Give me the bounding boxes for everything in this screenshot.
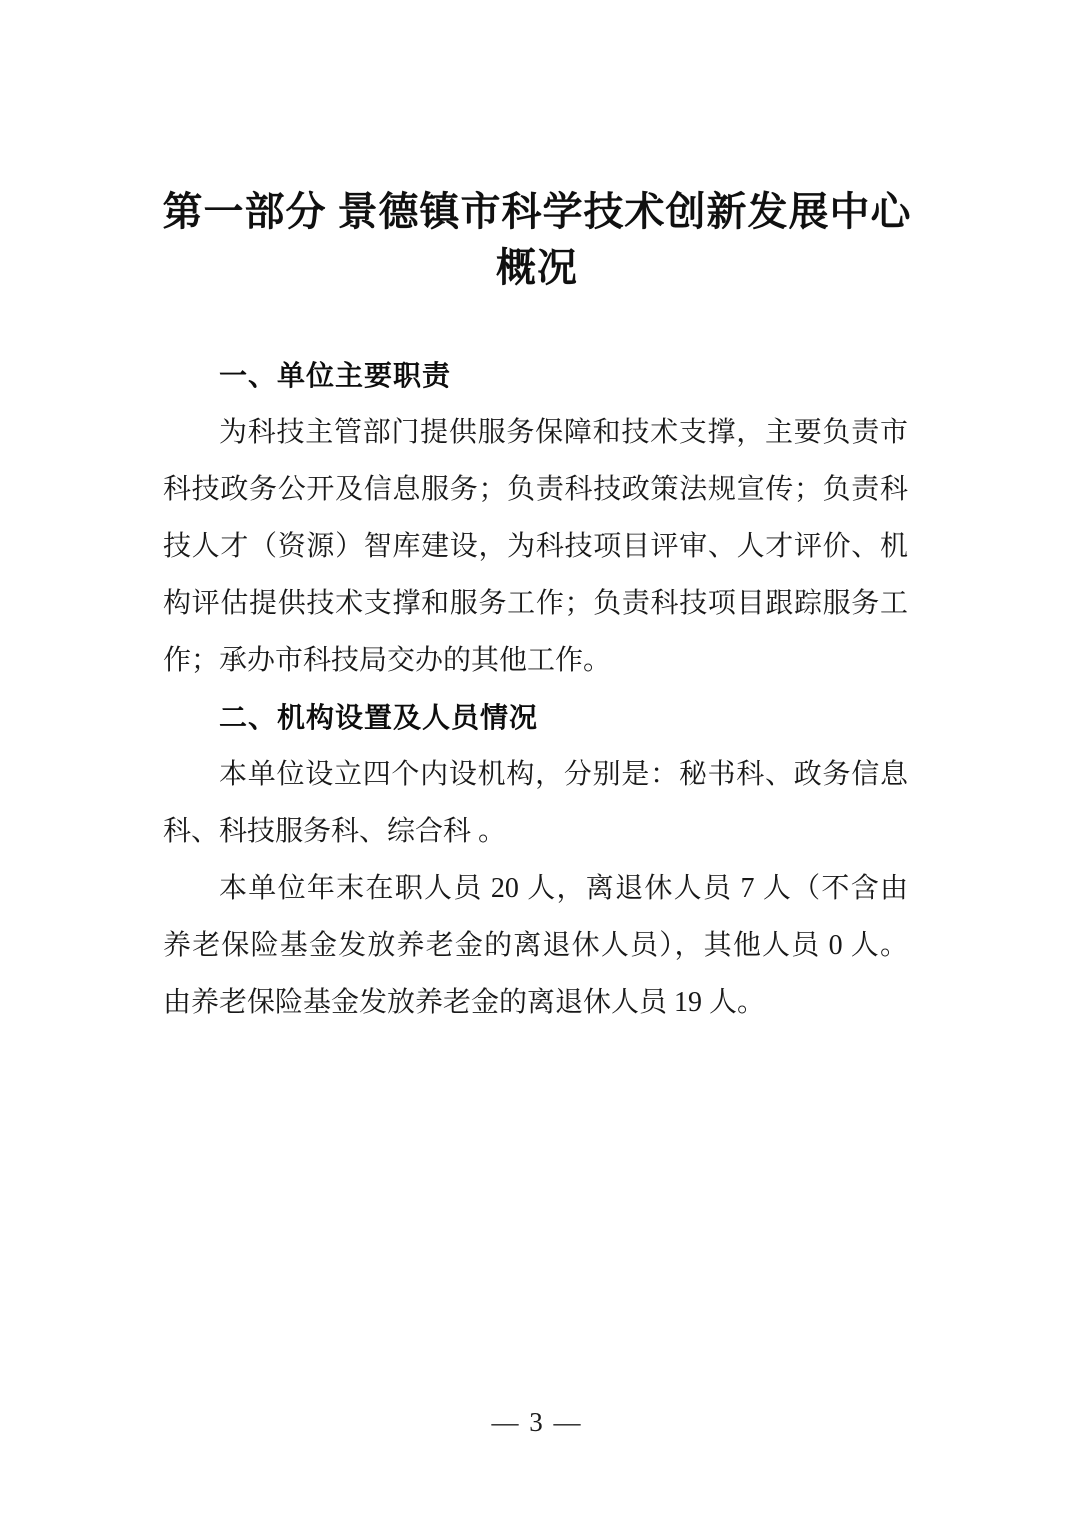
paragraph-line: 科技政务公开及信息服务；负责科技政策法规宣传；负责科 <box>163 461 908 518</box>
paragraph-line: 本单位年末在职人员 20 人，离退休人员 7 人（不含由 <box>163 860 908 917</box>
section-heading-2: 二、机构设置及人员情况 <box>163 689 908 746</box>
page-footer: — 3 — <box>0 1402 1074 1442</box>
paragraph-line: 构评估提供技术支撑和服务工作；负责科技项目跟踪服务工 <box>163 575 908 632</box>
section-heading-1: 一、单位主要职责 <box>163 347 908 404</box>
document-title: 第一部分 景德镇市科学技术创新发展中心 概况 <box>80 184 994 296</box>
paragraph-line: 科、科技服务科、综合科 。 <box>163 803 908 860</box>
paragraph-line: 技人才（资源）智库建设，为科技项目评审、人才评价、机 <box>163 518 908 575</box>
paragraph-line: 由养老保险基金发放养老金的离退休人员 19 人。 <box>163 974 908 1031</box>
page-number: — 3 — <box>492 1407 583 1437</box>
document-page: 第一部分 景德镇市科学技术创新发展中心 概况 一、单位主要职责 为科技主管部门提… <box>0 0 1074 1520</box>
document-body: 一、单位主要职责 为科技主管部门提供服务保障和技术支撑，主要负责市 科技政务公开… <box>163 347 908 1031</box>
paragraph-line: 本单位设立四个内设机构，分别是：秘书科、政务信息 <box>163 746 908 803</box>
title-line-2: 概况 <box>80 240 994 296</box>
paragraph-line: 为科技主管部门提供服务保障和技术支撑，主要负责市 <box>163 404 908 461</box>
paragraph-line: 养老保险基金发放养老金的离退休人员），其他人员 0 人。 <box>163 917 908 974</box>
paragraph-line: 作；承办市科技局交办的其他工作。 <box>163 632 908 689</box>
title-line-1: 第一部分 景德镇市科学技术创新发展中心 <box>80 184 994 240</box>
